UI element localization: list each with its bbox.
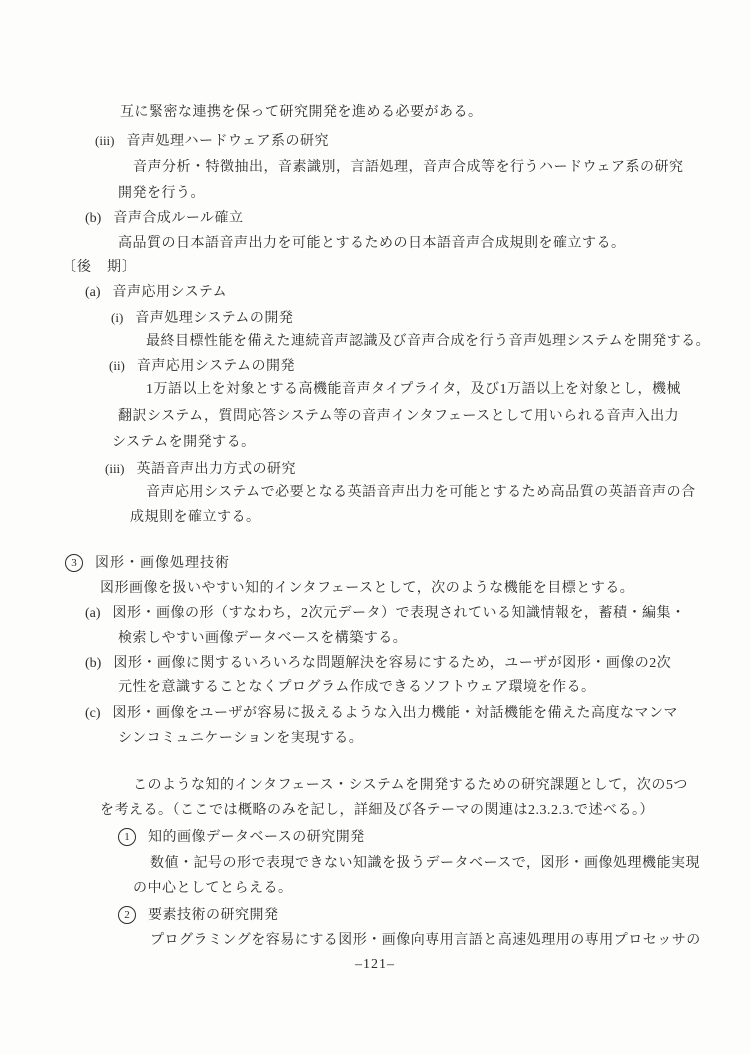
line-text: 元性を意識することなくプログラム作成できるソフトウェア環境を作る。 <box>118 680 596 695</box>
list-marker: (i) <box>111 308 123 328</box>
text-line: 検索しやすい画像データベースを構築する。 <box>118 629 407 649</box>
text-line: を考える。（ここでは概略のみを記し，詳細及び各テーマの関連は2.3.2.3.で述… <box>100 801 654 821</box>
line-text: 図形・画像に関するいろいろな問題解決を容易にするため，ユーザが図形・画像の2次 <box>113 656 671 671</box>
line-text: 〔後 期〕 <box>62 260 137 275</box>
line-text: 図形画像を扱いやすい知的インタフェースとして，次のような機能を目標とする。 <box>100 581 634 596</box>
list-marker: (iii) <box>105 459 125 479</box>
section-heading: 〔後 期〕 <box>62 258 137 278</box>
text-line: 成規則を確立する。 <box>130 508 261 528</box>
line-text: 図形・画像をユーザが容易に扱えるような入出力機能・対話機能を備えた高度なマンマ <box>113 706 679 721</box>
text-line: 開発を行う。 <box>118 184 205 204</box>
text-line: 数値・記号の形で表現できない知識を扱うデータベースで，図形・画像処理機能実現 <box>150 854 700 874</box>
line-text: 図形・画像の形（すなわち，2次元データ）で表現されている知識情報を，蓄積・編集・ <box>113 606 686 621</box>
text-line: (b)図形・画像に関するいろいろな問題解決を容易にするため，ユーザが図形・画像の… <box>85 654 671 674</box>
text-line: 1知的画像データベースの研究開発 <box>118 828 365 848</box>
document-page: 互に緊密な連携を保って研究開発を進める必要がある。 (iii)音声処理ハードウェ… <box>0 0 750 1054</box>
text-line: (iii)英語音声出力方式の研究 <box>105 459 296 480</box>
line-text: プログラミングを容易にする図形・画像向専用言語と高速処理用の専用プロセッサの <box>150 933 701 948</box>
line-text: 数値・記号の形で表現できない知識を扱うデータベースで，図形・画像処理機能実現 <box>150 856 700 871</box>
list-marker: (iii) <box>95 131 115 151</box>
line-text: 互に緊密な連携を保って研究開発を進める必要がある。 <box>120 105 483 120</box>
line-text: 翻訳システム，質問応答システム等の音声インタフェースとして用いられる音声入出力 <box>118 409 679 424</box>
line-text: 要素技術の研究開発 <box>148 908 279 923</box>
text-line: 互に緊密な連携を保って研究開発を進める必要がある。 <box>120 103 483 123</box>
list-marker: (ii) <box>109 356 125 376</box>
line-text: 音声処理システムの開発 <box>135 311 293 326</box>
text-line: システムを開発する。 <box>112 433 256 453</box>
text-line: の中心としてとらえる。 <box>133 879 293 899</box>
line-text: 知的画像データベースの研究開発 <box>148 830 365 845</box>
text-line: (iii)音声処理ハードウェア系の研究 <box>95 131 329 152</box>
line-text: 検索しやすい画像データベースを構築する。 <box>118 631 407 646</box>
circled-number-marker: 1 <box>118 828 136 846</box>
line-text: 図形・画像処理技術 <box>95 556 230 571</box>
line-text: 1万語以上を対象とする高機能音声タイプライタ，及び1万語以上を対象とし，機械 <box>146 382 681 397</box>
line-text: 音声応用システムの開発 <box>137 359 295 374</box>
text-line: 音声分析・特徴抽出，音素識別，言語処理，音声合成等を行うハードウェア系の研究 <box>133 158 683 178</box>
line-text: 成規則を確立する。 <box>130 510 261 525</box>
text-line: このような知的インタフェース・システムを開発するための研究課題として，次の5つ <box>133 776 688 796</box>
text-line: (c)図形・画像をユーザが容易に扱えるような入出力機能・対話機能を備えた高度なマ… <box>85 704 678 724</box>
page-number: –121– <box>0 957 750 973</box>
line-text: このような知的インタフェース・システムを開発するための研究課題として，次の5つ <box>133 778 688 793</box>
line-text: を考える。（ここでは概略のみを記し，詳細及び各テーマの関連は2.3.2.3.で述… <box>100 803 654 818</box>
text-line: (ii)音声応用システムの開発 <box>109 356 295 377</box>
line-text: システムを開発する。 <box>112 435 256 450</box>
list-marker: (b) <box>85 209 101 229</box>
line-text: 音声応用システムで必要となる英語音声出力を可能とするため高品質の英語音声の合 <box>146 485 696 500</box>
section-heading: 3図形・画像処理技術 <box>65 554 230 574</box>
text-line: 高品質の日本語音声出力を可能とするための日本語音声合成規則を確立する。 <box>118 234 626 254</box>
list-marker: (a) <box>85 283 101 303</box>
text-line: 音声応用システムで必要となる英語音声出力を可能とするため高品質の英語音声の合 <box>146 483 696 503</box>
list-marker: (b) <box>85 654 101 674</box>
line-text: シンコミュニケーションを実現する。 <box>118 731 363 746</box>
list-marker: (a) <box>85 604 101 624</box>
text-line: 1万語以上を対象とする高機能音声タイプライタ，及び1万語以上を対象とし，機械 <box>146 380 681 400</box>
text-line: 元性を意識することなくプログラム作成できるソフトウェア環境を作る。 <box>118 678 596 698</box>
text-line: 図形画像を扱いやすい知的インタフェースとして，次のような機能を目標とする。 <box>100 579 634 599</box>
line-text: の中心としてとらえる。 <box>133 881 293 896</box>
line-text: 音声処理ハードウェア系の研究 <box>127 134 329 149</box>
circled-number-marker: 3 <box>65 554 83 572</box>
text-line: (i)音声処理システムの開発 <box>111 308 293 329</box>
line-text: 英語音声出力方式の研究 <box>137 462 297 477</box>
circled-number-marker: 2 <box>118 906 136 924</box>
line-text: 音声分析・特徴抽出，音素識別，言語処理，音声合成等を行うハードウェア系の研究 <box>133 160 683 175</box>
text-line: (a)図形・画像の形（すなわち，2次元データ）で表現されている知識情報を，蓄積・… <box>85 604 686 624</box>
text-line: (b)音声合成ルール確立 <box>85 209 244 229</box>
list-marker: (c) <box>85 704 101 724</box>
line-text: 最終目標性能を備えた連続音声認識及び音声合成を行う音声処理システムを開発する。 <box>146 334 710 349</box>
line-text: 開発を行う。 <box>118 186 205 201</box>
text-line: 翻訳システム，質問応答システム等の音声インタフェースとして用いられる音声入出力 <box>118 407 679 427</box>
text-line: シンコミュニケーションを実現する。 <box>118 729 363 749</box>
line-text: 音声合成ルール確立 <box>113 211 243 226</box>
text-line: (a)音声応用システム <box>85 283 227 303</box>
text-line: プログラミングを容易にする図形・画像向専用言語と高速処理用の専用プロセッサの <box>150 931 701 951</box>
text-line: 2要素技術の研究開発 <box>118 906 279 926</box>
line-text: 高品質の日本語音声出力を可能とするための日本語音声合成規則を確立する。 <box>118 236 626 251</box>
text-line: 最終目標性能を備えた連続音声認識及び音声合成を行う音声処理システムを開発する。 <box>146 332 710 352</box>
line-text: 音声応用システム <box>113 285 228 300</box>
